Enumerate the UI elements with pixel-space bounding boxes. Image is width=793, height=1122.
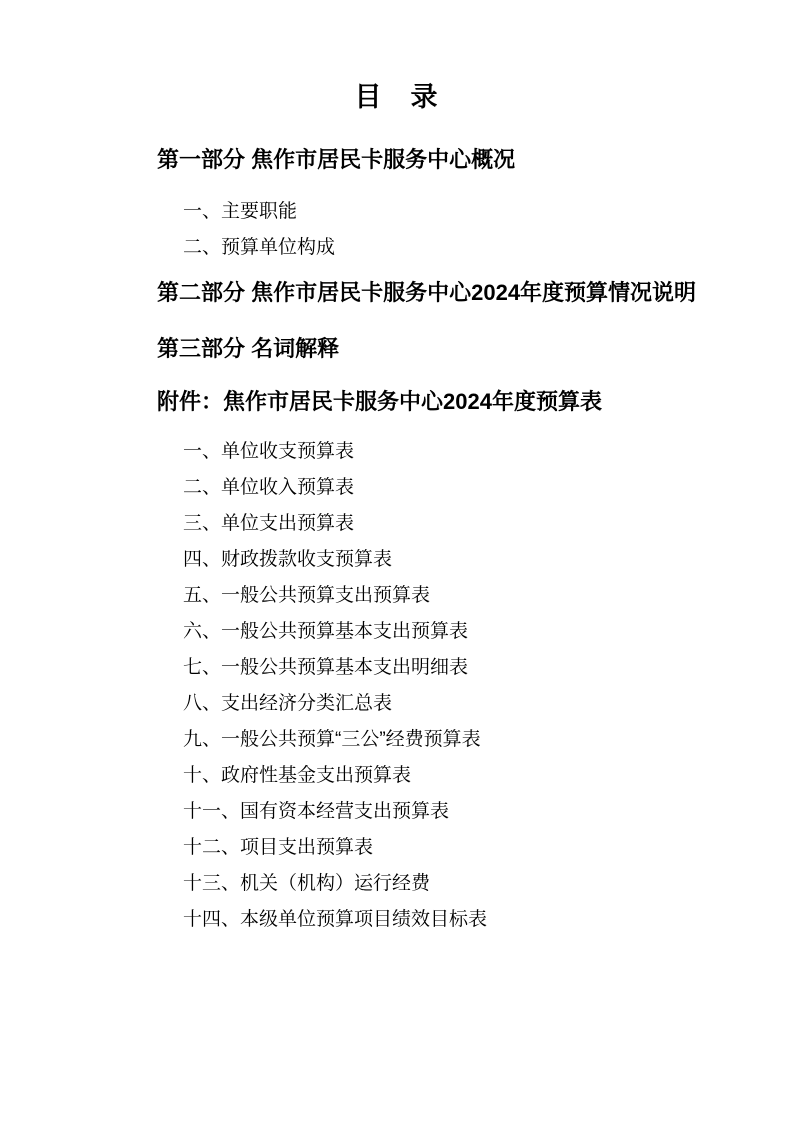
toc-item: 十、政府性基金支出预算表 xyxy=(183,758,733,794)
toc-item: 三、单位支出预算表 xyxy=(183,506,733,542)
toc-items-annex: 一、单位收支预算表 二、单位收入预算表 三、单位支出预算表 四、财政拨款收支预算… xyxy=(157,434,733,938)
toc-items-overview: 一、主要职能 二、预算单位构成 xyxy=(157,194,733,266)
toc-item: 二、预算单位构成 xyxy=(183,230,733,266)
toc-item: 四、财政拨款收支预算表 xyxy=(183,542,733,578)
toc-item: 十四、本级单位预算项目绩效目标表 xyxy=(183,902,733,938)
toc-item: 五、一般公共预算支出预算表 xyxy=(183,578,733,614)
toc-item: 一、单位收支预算表 xyxy=(183,434,733,470)
section-heading-part1: 第一部分 焦作市居民卡服务中心概况 xyxy=(157,148,733,172)
toc-item: 九、一般公共预算“三公”经费预算表 xyxy=(183,722,733,758)
toc-item: 二、单位收入预算表 xyxy=(183,470,733,506)
section-heading-annex: 附件：焦作市居民卡服务中心2024年度预算表 xyxy=(157,390,733,414)
toc-item: 一、主要职能 xyxy=(183,194,733,230)
toc-item: 七、一般公共预算基本支出明细表 xyxy=(183,650,733,686)
toc-item: 十二、项目支出预算表 xyxy=(183,830,733,866)
toc-item: 十三、机关（机构）运行经费 xyxy=(183,866,733,902)
toc-item: 八、支出经济分类汇总表 xyxy=(183,686,733,722)
toc-page: 目 录 第一部分 焦作市居民卡服务中心概况 一、主要职能 二、预算单位构成 第二… xyxy=(0,0,793,1122)
toc-item: 十一、国有资本经营支出预算表 xyxy=(183,794,733,830)
toc-title: 目 录 xyxy=(0,0,793,112)
toc-item: 六、一般公共预算基本支出预算表 xyxy=(183,614,733,650)
section-heading-part2: 第二部分 焦作市居民卡服务中心2024年度预算情况说明 xyxy=(157,281,733,305)
section-heading-part3: 第三部分 名词解释 xyxy=(157,337,733,361)
